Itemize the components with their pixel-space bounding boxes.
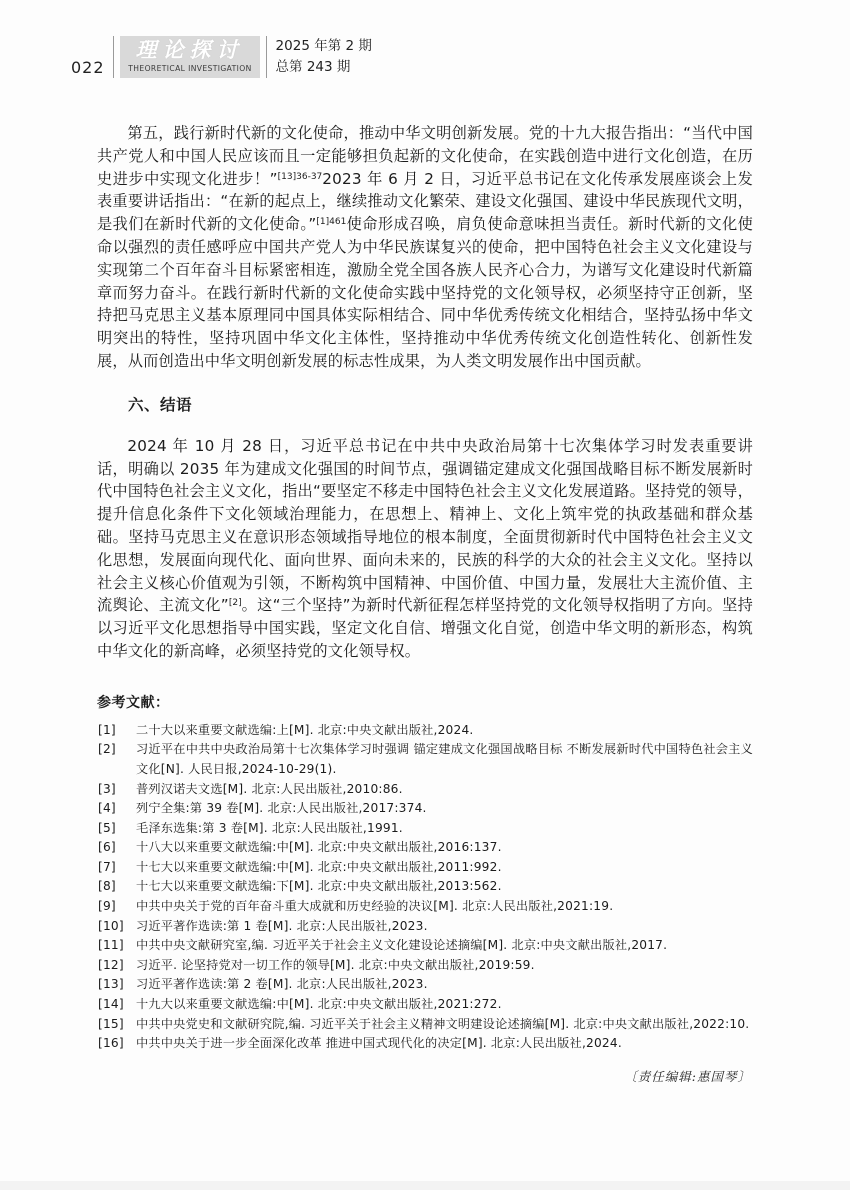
responsible-editor-note: 〔责任编辑:惠国琴〕 xyxy=(97,1067,753,1085)
reference-item: [2]习近平在中共中央政治局第十七次集体学习时强调 锚定建成文化强国战略目标 不… xyxy=(97,740,753,779)
issue-number: 2025 年第 2 期 xyxy=(276,36,372,57)
reference-text: 中共中央文献研究室,编. 习近平关于社会主义文化建设论述摘编[M]. 北京:中央… xyxy=(136,938,667,952)
reference-item: [8]十七大以来重要文献选编:下[M]. 北京:中央文献出版社,2013:562… xyxy=(97,877,753,897)
reference-number: [7] xyxy=(98,858,116,878)
reference-item: [5]毛泽东选集:第 3 卷[M]. 北京:人民出版社,1991. xyxy=(97,819,753,839)
journal-page: 022 理论探讨 THEORETICAL INVESTIGATION 2025 … xyxy=(0,0,850,1190)
reference-number: [13] xyxy=(98,975,124,995)
header-divider-left xyxy=(113,36,114,78)
citation-superscript: [1]461 xyxy=(316,217,346,227)
citation-superscript: [2] xyxy=(229,598,242,608)
journal-title-en: THEORETICAL INVESTIGATION xyxy=(123,63,256,73)
reference-item: [1]二十大以来重要文献选编:上[M]. 北京:中央文献出版社,2024. xyxy=(97,721,753,741)
reference-text: 十八大以来重要文献选编:中[M]. 北京:中央文献出版社,2016:137. xyxy=(136,840,502,854)
reference-number: [12] xyxy=(98,956,124,976)
reference-item: [15]中共中央党史和文献研究院,编. 习近平关于社会主义精神文明建设论述摘编[… xyxy=(97,1015,753,1035)
reference-number: [10] xyxy=(98,917,124,937)
reference-item: [16]中共中央关于进一步全面深化改革 推进中国式现代化的决定[M]. 北京:人… xyxy=(97,1034,753,1054)
references-list: [1]二十大以来重要文献选编:上[M]. 北京:中央文献出版社,2024. [2… xyxy=(97,721,753,1054)
reference-number: [8] xyxy=(98,877,116,897)
reference-number: [5] xyxy=(98,819,116,839)
reference-number: [1] xyxy=(98,721,116,741)
page-header: 022 理论探讨 THEORETICAL INVESTIGATION 2025 … xyxy=(71,36,372,78)
references-heading: 参考文献： xyxy=(97,692,753,712)
reference-item: [12]习近平. 论坚持党对一切工作的领导[M]. 北京:中央文献出版社,201… xyxy=(97,956,753,976)
reference-item: [10]习近平著作选读:第 1 卷[M]. 北京:人民出版社,2023. xyxy=(97,917,753,937)
journal-logo: 理论探讨 THEORETICAL INVESTIGATION xyxy=(120,36,260,78)
reference-text: 习近平著作选读:第 1 卷[M]. 北京:人民出版社,2023. xyxy=(136,919,428,933)
reference-text: 普列汉诺夫文选[M]. 北京:人民出版社,2010:86. xyxy=(136,782,403,796)
paragraph-text: 2024 年 10 月 28 日，习近平总书记在中共中央政治局第十七次集体学习时… xyxy=(97,437,753,615)
paragraph-text: 使命形成召唤，肩负使命意味担当责任。新时代新的文化使命以强烈的责任感呼应中国共产… xyxy=(97,215,753,370)
section-heading-conclusion: 六、结语 xyxy=(97,393,753,415)
reference-text: 毛泽东选集:第 3 卷[M]. 北京:人民出版社,1991. xyxy=(136,821,403,835)
article-body: 第五，践行新时代新的文化使命，推动中华文明创新发展。党的十九大报告指出：“当代中… xyxy=(97,122,753,1085)
reference-item: [6]十八大以来重要文献选编:中[M]. 北京:中央文献出版社,2016:137… xyxy=(97,838,753,858)
reference-item: [14]十九大以来重要文献选编:中[M]. 北京:中央文献出版社,2021:27… xyxy=(97,995,753,1015)
reference-text: 中共中央党史和文献研究院,编. 习近平关于社会主义精神文明建设论述摘编[M]. … xyxy=(136,1017,749,1031)
reference-text: 中共中央关于进一步全面深化改革 推进中国式现代化的决定[M]. 北京:人民出版社… xyxy=(136,1036,622,1050)
page-bottom-scan-edge xyxy=(0,1181,850,1190)
reference-number: [14] xyxy=(98,995,124,1015)
reference-text: 列宁全集:第 39 卷[M]. 北京:人民出版社,2017:374. xyxy=(136,801,427,815)
reference-number: [2] xyxy=(98,740,116,760)
page-number: 022 xyxy=(71,58,105,77)
reference-item: [4]列宁全集:第 39 卷[M]. 北京:人民出版社,2017:374. xyxy=(97,799,753,819)
reference-item: [3]普列汉诺夫文选[M]. 北京:人民出版社,2010:86. xyxy=(97,780,753,800)
reference-text: 十七大以来重要文献选编:中[M]. 北京:中央文献出版社,2011:992. xyxy=(136,860,502,874)
paragraph-culture-mission: 第五，践行新时代新的文化使命，推动中华文明创新发展。党的十九大报告指出：“当代中… xyxy=(97,122,753,373)
reference-text: 十九大以来重要文献选编:中[M]. 北京:中央文献出版社,2021:272. xyxy=(136,997,502,1011)
reference-item: [9]中共中央关于党的百年奋斗重大成就和历史经验的决议[M]. 北京:人民出版社… xyxy=(97,897,753,917)
reference-text: 习近平在中共中央政治局第十七次集体学习时强调 锚定建成文化强国战略目标 不断发展… xyxy=(136,742,753,776)
citation-superscript: [13]36-37 xyxy=(278,172,323,182)
reference-text: 习近平著作选读:第 2 卷[M]. 北京:人民出版社,2023. xyxy=(136,977,428,991)
reference-number: [3] xyxy=(98,780,116,800)
reference-number: [9] xyxy=(98,897,116,917)
reference-text: 十七大以来重要文献选编:下[M]. 北京:中央文献出版社,2013:562. xyxy=(136,879,502,893)
reference-text: 习近平. 论坚持党对一切工作的领导[M]. 北京:中央文献出版社,2019:59… xyxy=(136,958,535,972)
reference-number: [11] xyxy=(98,936,124,956)
reference-number: [6] xyxy=(98,838,116,858)
issue-info: 2025 年第 2 期 总第 243 期 xyxy=(267,36,372,78)
reference-item: [11]中共中央文献研究室,编. 习近平关于社会主义文化建设论述摘编[M]. 北… xyxy=(97,936,753,956)
paragraph-conclusion: 2024 年 10 月 28 日，习近平总书记在中共中央政治局第十七次集体学习时… xyxy=(97,435,753,663)
journal-title-zh: 理论探讨 xyxy=(120,37,260,63)
reference-item: [7]十七大以来重要文献选编:中[M]. 北京:中央文献出版社,2011:992… xyxy=(97,858,753,878)
reference-number: [15] xyxy=(98,1015,124,1035)
reference-text: 中共中央关于党的百年奋斗重大成就和历史经验的决议[M]. 北京:人民出版社,20… xyxy=(136,899,613,913)
reference-text: 二十大以来重要文献选编:上[M]. 北京:中央文献出版社,2024. xyxy=(136,723,474,737)
cumulative-issue-number: 总第 243 期 xyxy=(276,57,372,78)
reference-item: [13]习近平著作选读:第 2 卷[M]. 北京:人民出版社,2023. xyxy=(97,975,753,995)
reference-number: [16] xyxy=(98,1034,124,1054)
reference-number: [4] xyxy=(98,799,116,819)
